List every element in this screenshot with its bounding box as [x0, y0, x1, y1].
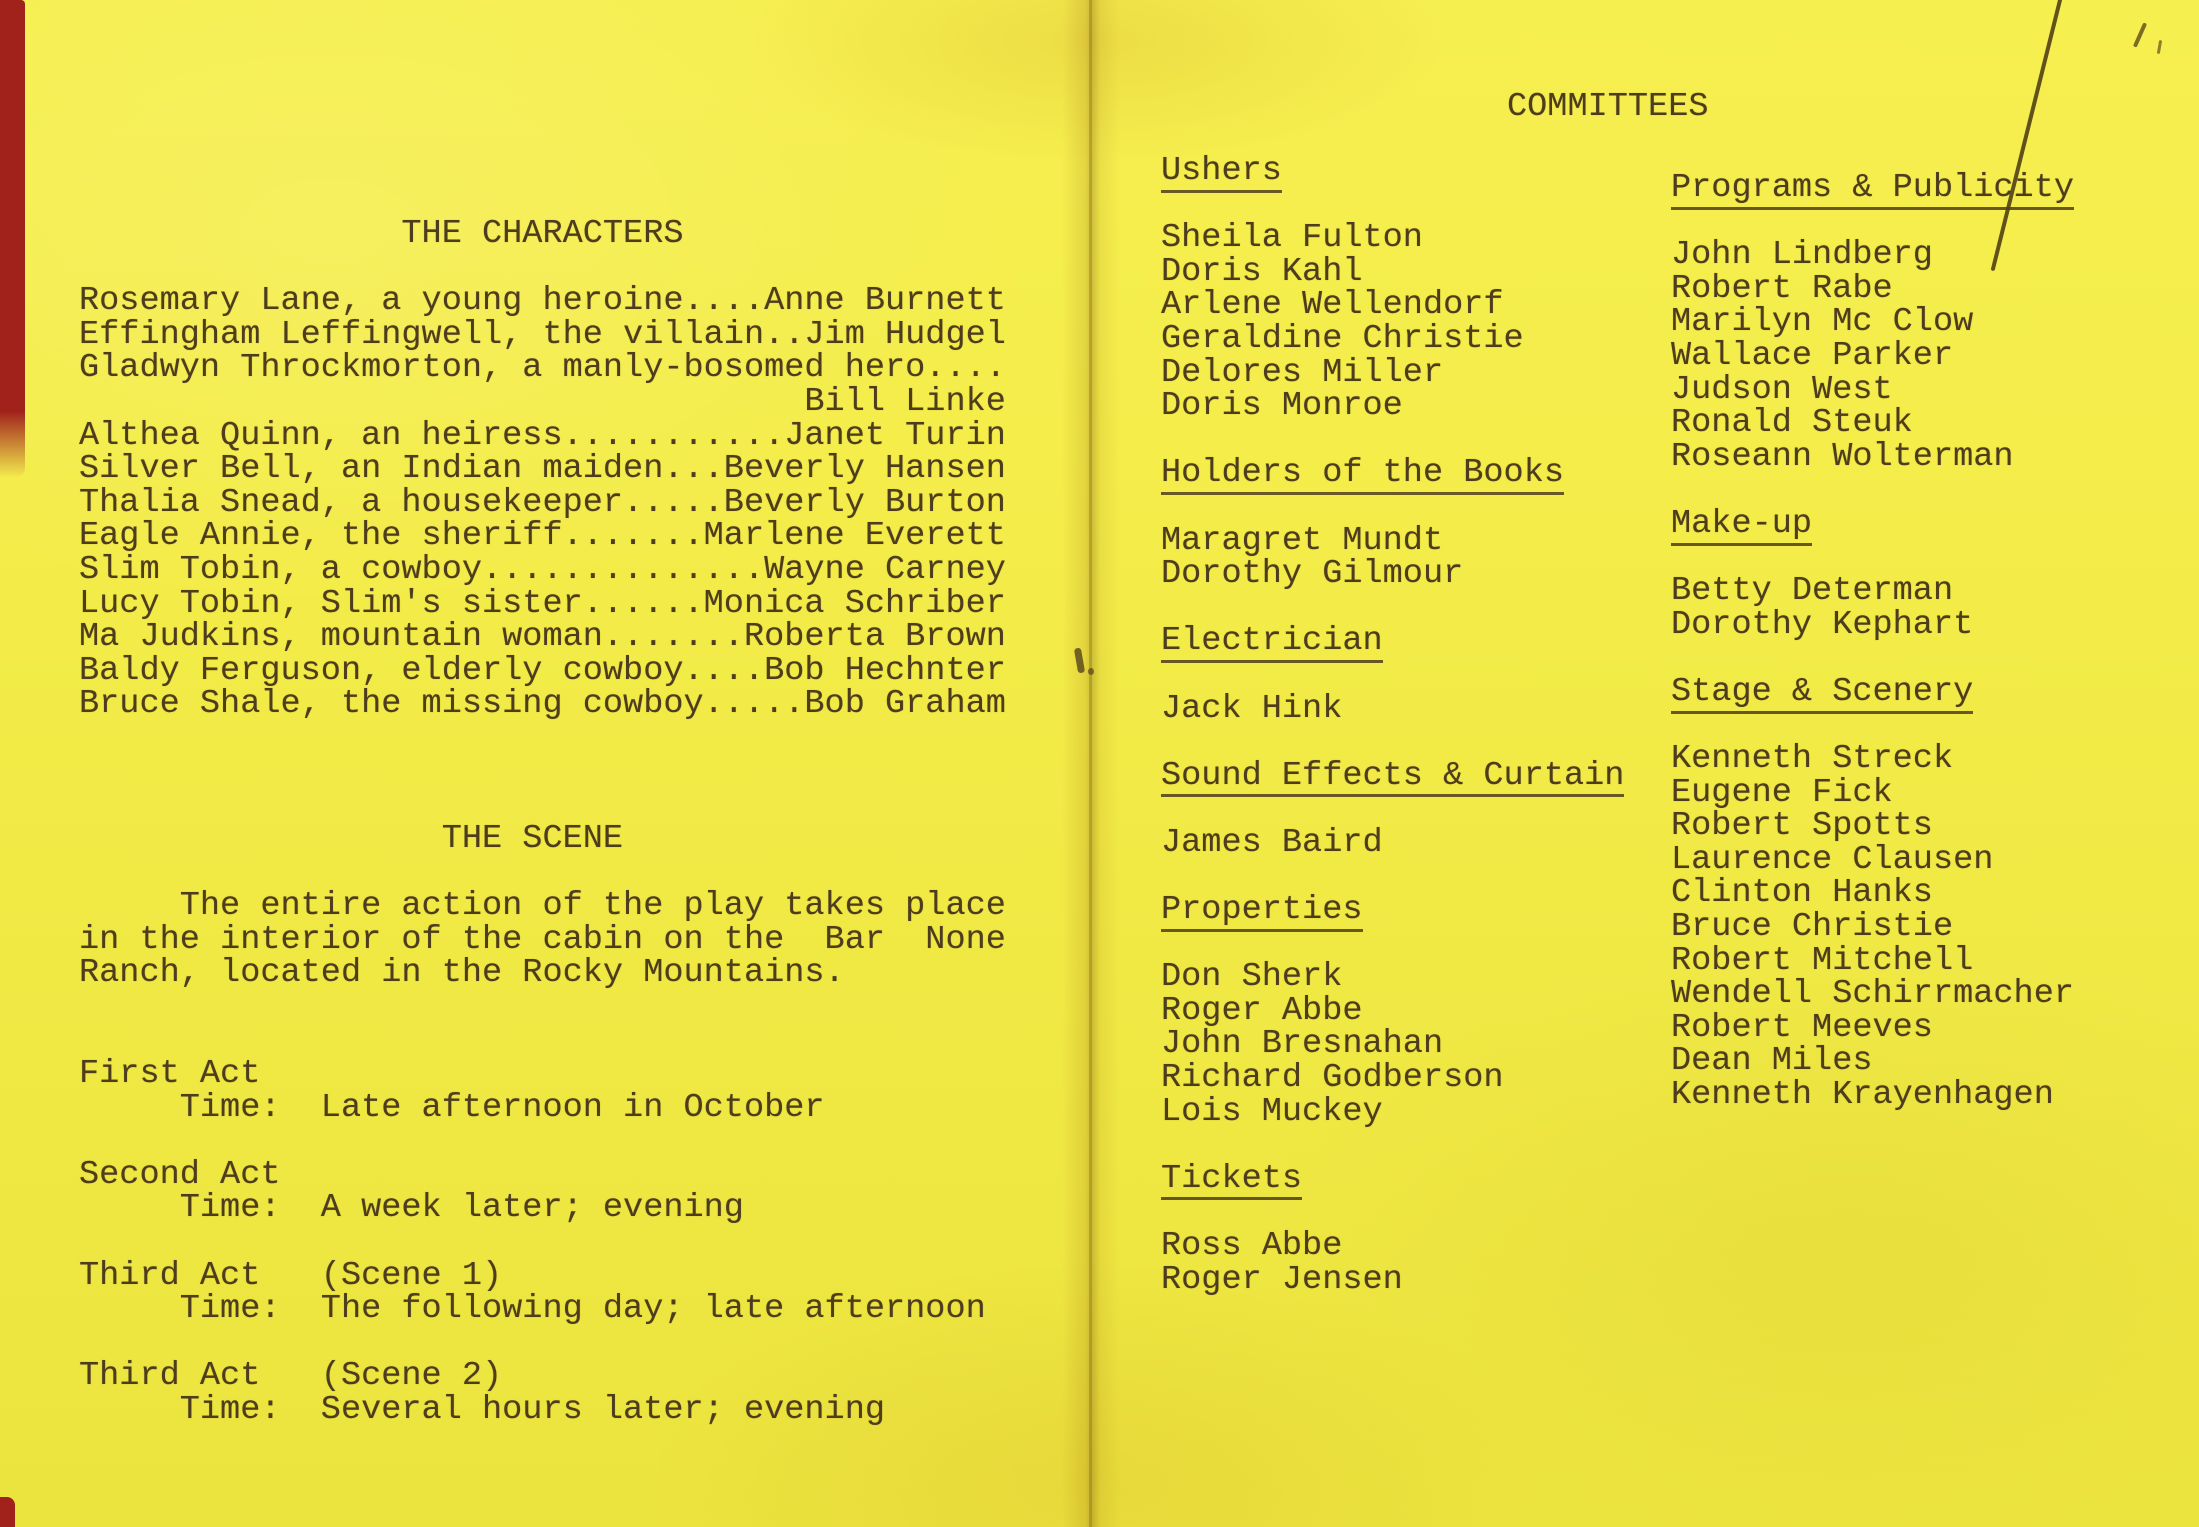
committee-member: Robert Meeves — [1671, 1012, 2191, 1046]
scene-paragraph-line: Ranch, located in the Rocky Mountains. — [79, 957, 1006, 991]
ink-smudge-dot — [1088, 668, 1094, 675]
committee-member: Roseann Wolterman — [1671, 441, 2191, 475]
act-heading-line: Third Act(Scene 1) — [79, 1260, 986, 1294]
act-time-label: Time: — [180, 1192, 321, 1226]
center-fold-line — [1089, 0, 1092, 1527]
characters-title: THE CHARACTERS — [79, 218, 1006, 252]
character-line: Rosemary Lane, a young heroine....Anne B… — [79, 285, 1006, 319]
act-heading-line: Second Act — [79, 1159, 986, 1193]
committee-member: Wallace Parker — [1671, 340, 2191, 374]
committee-heading-line: Make-up — [1671, 508, 2191, 542]
character-line: Gladwyn Throckmorton, a manly-bosomed he… — [79, 352, 1006, 386]
committee-section: Make-up Betty Determan Dorothy Kephart — [1671, 508, 2191, 642]
committee-heading-line: Programs & Publicity — [1671, 172, 2191, 206]
committee-member: Robert Mitchell — [1671, 945, 2191, 979]
act-time-value: The following day; late afternoon — [321, 1290, 986, 1328]
committee-member: James Baird — [1161, 827, 1681, 861]
committee-section: Holders of the Books Maragret Mundt Doro… — [1161, 457, 1681, 591]
scene-paragraph-line: in the interior of the cabin on the Bar … — [79, 924, 1006, 958]
committee-member: Dorothy Gilmour — [1161, 558, 1681, 592]
committee-heading-line: Ushers — [1161, 155, 1681, 189]
red-edge-mark-top — [0, 0, 25, 478]
committee-heading-line: Holders of the Books — [1161, 457, 1681, 491]
committee-heading-line: Properties — [1161, 894, 1681, 928]
pen-tick-mark — [2157, 40, 2162, 54]
committees-title: COMMITTEES — [1507, 88, 1709, 126]
committee-section: Stage & Scenery Kenneth Streck Eugene Fi… — [1671, 676, 2191, 1113]
committee-member: Wendell Schirrmacher — [1671, 978, 2191, 1012]
committee-member: Doris Monroe — [1161, 390, 1681, 424]
committee-member: Betty Determan — [1671, 575, 2191, 609]
committee-heading: Electrician — [1161, 625, 1383, 663]
act-scene-label: (Scene 2) — [321, 1357, 502, 1395]
committee-heading: Make-up — [1671, 508, 1812, 546]
committee-member: Sheila Fulton — [1161, 222, 1681, 256]
program-page-scan: THE CHARACTERS Rosemary Lane, a young he… — [0, 0, 2199, 1527]
committee-heading: Ushers — [1161, 155, 1282, 193]
act-time-line: Time:The following day; late afternoon — [79, 1293, 986, 1327]
act-heading-line: Third Act(Scene 2) — [79, 1360, 986, 1394]
act-entry: Third Act(Scene 1) Time:The following da… — [79, 1260, 986, 1327]
act-time-value: Late afternoon in October — [321, 1089, 825, 1127]
committee-member: Robert Rabe — [1671, 273, 2191, 307]
character-line: Althea Quinn, an heiress...........Janet… — [79, 420, 1006, 454]
character-line: Slim Tobin, a cowboy..............Wayne … — [79, 554, 1006, 588]
committee-heading: Tickets — [1161, 1163, 1302, 1201]
committee-member: Laurence Clausen — [1671, 844, 2191, 878]
pen-tick-mark — [2133, 22, 2147, 47]
committee-member: Don Sherk — [1161, 961, 1681, 995]
committee-heading-line: Tickets — [1161, 1163, 1681, 1197]
committee-heading: Properties — [1161, 894, 1363, 932]
character-line: Baldy Ferguson, elderly cowboy....Bob He… — [79, 655, 1006, 689]
character-line: Thalia Snead, a housekeeper.....Beverly … — [79, 487, 1006, 521]
scene-title: THE SCENE — [79, 823, 1006, 857]
characters-section: THE CHARACTERS Rosemary Lane, a young he… — [79, 218, 1006, 722]
scene-paragraph-line: The entire action of the play takes plac… — [79, 890, 1006, 924]
act-time-line: Time:A week later; evening — [79, 1192, 986, 1226]
act-time-line: Time:Several hours later; evening — [79, 1394, 986, 1428]
committee-member: Doris Kahl — [1161, 256, 1681, 290]
committee-heading-line: Sound Effects & Curtain — [1161, 760, 1681, 794]
act-time-line: Time:Late afternoon in October — [79, 1092, 986, 1126]
character-line: Eagle Annie, the sheriff.......Marlene E… — [79, 520, 1006, 554]
committee-member: Judson West — [1671, 374, 2191, 408]
character-line: Silver Bell, an Indian maiden...Beverly … — [79, 453, 1006, 487]
committee-heading-line: Electrician — [1161, 625, 1681, 659]
committee-member: Richard Godberson — [1161, 1062, 1681, 1096]
committee-section: Programs & Publicity John Lindberg Rober… — [1671, 172, 2191, 474]
committee-heading: Programs & Publicity — [1671, 172, 2074, 210]
character-line: Bill Linke — [79, 386, 1006, 420]
committee-member: Eugene Fick — [1671, 777, 2191, 811]
committee-heading-line: Stage & Scenery — [1671, 676, 2191, 710]
committee-member: Jack Hink — [1161, 693, 1681, 727]
committee-member: Marilyn Mc Clow — [1671, 306, 2191, 340]
act-heading-line: First Act — [79, 1058, 986, 1092]
committee-member: Geraldine Christie — [1161, 323, 1681, 357]
committee-member: Delores Miller — [1161, 357, 1681, 391]
committee-member: Arlene Wellendorf — [1161, 289, 1681, 323]
committee-member: John Lindberg — [1671, 239, 2191, 273]
committee-member: Kenneth Krayenhagen — [1671, 1079, 2191, 1113]
committees-column-right: Programs & Publicity John Lindberg Rober… — [1671, 172, 2191, 1146]
committee-section: Ushers Sheila Fulton Doris Kahl Arlene W… — [1161, 155, 1681, 424]
character-line: Effingham Leffingwell, the villain..Jim … — [79, 319, 1006, 353]
scene-section: THE SCENE The entire action of the play … — [79, 823, 1006, 991]
committee-member: Maragret Mundt — [1161, 525, 1681, 559]
act-time-label: Time: — [180, 1293, 321, 1327]
committee-member: Dorothy Kephart — [1671, 609, 2191, 643]
committee-member: Roger Abbe — [1161, 995, 1681, 1029]
act-name: Third Act — [79, 1260, 321, 1294]
act-time-value: Several hours later; evening — [321, 1391, 885, 1429]
committees-column-left: Ushers Sheila Fulton Doris Kahl Arlene W… — [1161, 155, 1681, 1331]
committee-member: Ross Abbe — [1161, 1230, 1681, 1264]
act-entry: Third Act(Scene 2) Time:Several hours la… — [79, 1360, 986, 1427]
act-scene-label: (Scene 1) — [321, 1257, 502, 1295]
red-edge-mark-bottom — [0, 1497, 15, 1527]
act-name: Third Act — [79, 1360, 321, 1394]
committee-member: Dean Miles — [1671, 1045, 2191, 1079]
committee-heading: Stage & Scenery — [1671, 676, 1973, 714]
committee-member: Clinton Hanks — [1671, 877, 2191, 911]
committee-member: Kenneth Streck — [1671, 743, 2191, 777]
act-entry: First Act Time:Late afternoon in October — [79, 1058, 986, 1125]
character-line: Bruce Shale, the missing cowboy.....Bob … — [79, 688, 1006, 722]
committee-section: Sound Effects & Curtain James Baird — [1161, 760, 1681, 861]
committee-section: Electrician Jack Hink — [1161, 625, 1681, 726]
act-time-label: Time: — [180, 1092, 321, 1126]
character-line: Ma Judkins, mountain woman.......Roberta… — [79, 621, 1006, 655]
committee-member: Bruce Christie — [1671, 911, 2191, 945]
committee-member: Roger Jensen — [1161, 1264, 1681, 1298]
committee-heading: Sound Effects & Curtain — [1161, 760, 1624, 798]
committee-heading: Holders of the Books — [1161, 457, 1564, 495]
act-time-label: Time: — [180, 1394, 321, 1428]
committee-member: Lois Muckey — [1161, 1096, 1681, 1130]
character-line: Lucy Tobin, Slim's sister......Monica Sc… — [79, 588, 1006, 622]
act-time-value: A week later; evening — [321, 1189, 744, 1227]
acts-section: First Act Time:Late afternoon in October… — [79, 1058, 986, 1461]
act-name: First Act — [79, 1058, 321, 1092]
committee-member: Ronald Steuk — [1671, 407, 2191, 441]
committee-section: Tickets Ross Abbe Roger Jensen — [1161, 1163, 1681, 1297]
committee-member: Robert Spotts — [1671, 810, 2191, 844]
committee-section: Properties Don Sherk Roger Abbe John Bre… — [1161, 894, 1681, 1129]
committee-member: John Bresnahan — [1161, 1028, 1681, 1062]
act-name: Second Act — [79, 1159, 321, 1193]
act-entry: Second Act Time:A week later; evening — [79, 1159, 986, 1226]
